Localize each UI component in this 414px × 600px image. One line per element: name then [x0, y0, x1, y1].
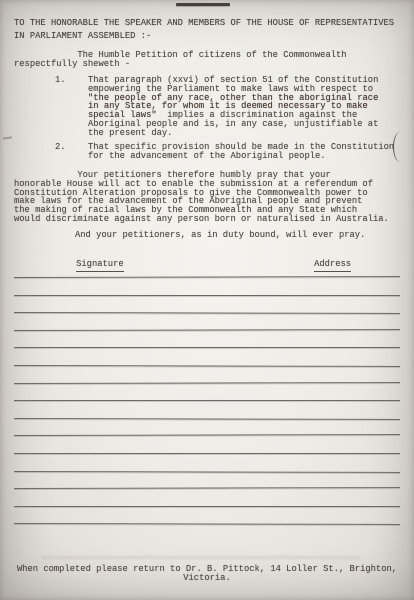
petition-item-1: 1. That paragraph (xxvi) of section 51 o… [55, 76, 385, 138]
top-rule-mark [176, 3, 230, 6]
item-1-text: That paragraph (xxvi) of section 51 of t… [88, 76, 378, 137]
signature-line[interactable] [14, 295, 400, 296]
prayer-paragraph: Your petitioners therefore humbly pray t… [14, 171, 389, 224]
return-instructions: When completed please return to Dr. B. P… [14, 565, 400, 583]
address-column-header: Address [314, 260, 351, 272]
edge-mark [3, 136, 12, 139]
signature-lines [14, 277, 400, 529]
signature-line[interactable] [14, 506, 400, 507]
pen-mark-bracket [393, 132, 401, 162]
signature-line[interactable] [14, 471, 400, 473]
signature-line[interactable] [14, 312, 400, 314]
signature-line[interactable] [14, 276, 400, 278]
item-1-text-part1: That paragraph (xxvi) of section 51 of t… [88, 75, 378, 94]
item-2-text: That specific provision should be made i… [88, 143, 394, 161]
scan-smudge [42, 556, 360, 559]
signature-column-header: Signature [76, 260, 124, 272]
petition-page: TO THE HONORABLE THE SPEAKER AND MEMBERS… [0, 0, 414, 600]
signature-line[interactable] [14, 400, 400, 401]
signature-line[interactable] [14, 382, 400, 384]
salutation: TO THE HONORABLE THE SPEAKER AND MEMBERS… [14, 17, 394, 43]
closing-line: And your petitioners, as in duty bound, … [75, 231, 365, 240]
item-2-number: 2. [55, 143, 66, 152]
item-1-number: 1. [55, 76, 66, 85]
signature-line[interactable] [14, 434, 400, 436]
petition-item-2: 2. That specific provision should be mad… [55, 143, 385, 161]
signature-line[interactable] [14, 347, 400, 348]
signature-line[interactable] [14, 523, 400, 525]
signature-line[interactable] [14, 329, 400, 331]
signature-line[interactable] [14, 365, 400, 367]
preamble: The Humble Petition of citizens of the C… [14, 51, 347, 69]
signature-line[interactable] [14, 453, 400, 454]
signature-line[interactable] [14, 418, 400, 420]
signature-line[interactable] [14, 487, 400, 489]
